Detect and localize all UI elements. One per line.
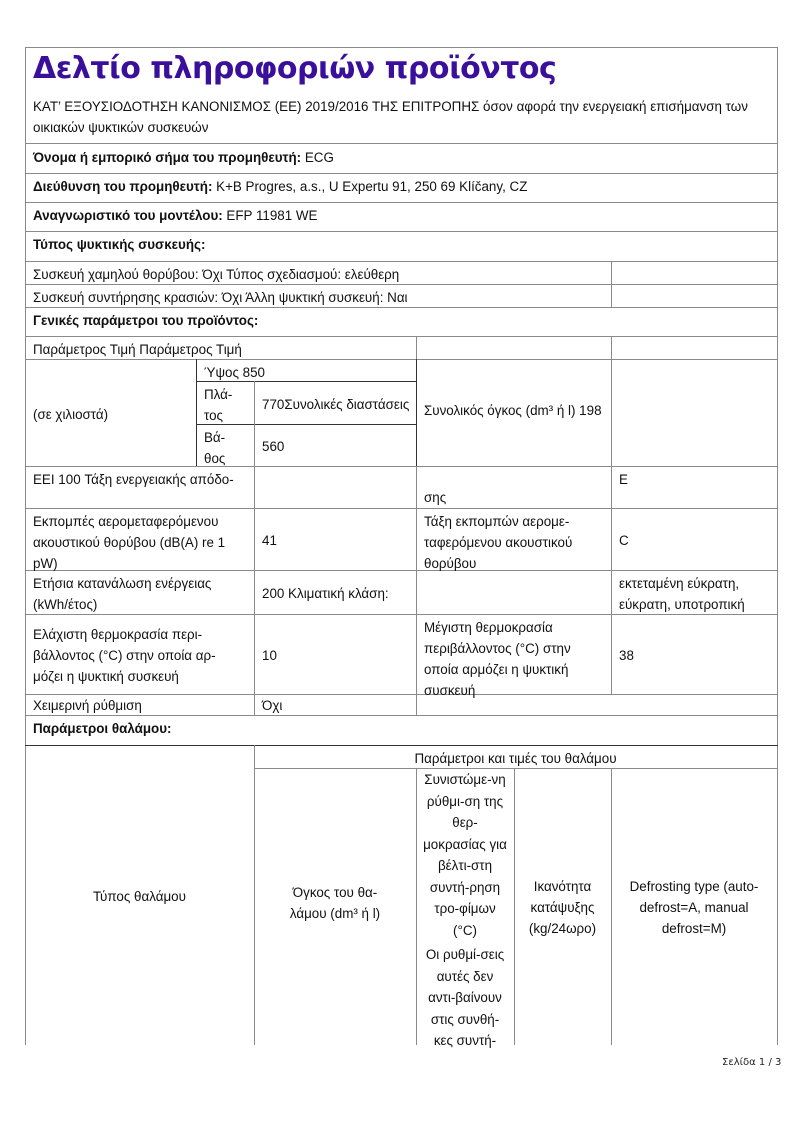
- appliance-type-row-2: Συσκευή συντήρησης κρασιών: Όχι Άλλη ψυκ…: [25, 285, 615, 308]
- dimensions-depth-value: 560: [254, 425, 416, 466]
- winter-setting-value: Όχι: [254, 694, 416, 715]
- document-subtitle: ΚΑΤ’ ΕΞΟΥΣΙΟΔΟΤΗΣΗ ΚΑΝΟΝΙΣΜΟΣ (ΕΕ) 2019/…: [33, 96, 773, 138]
- supplier-name-row: Όνομα ή εμπορικό σήμα του προμηθευτή: EC…: [25, 145, 777, 168]
- winter-setting-label: Χειμερινή ρύθμιση: [25, 694, 254, 715]
- compartment-parameters-heading: Παράμετροι θαλάμου:: [25, 716, 777, 739]
- eei-label-continuation: σης: [416, 485, 611, 508]
- col-freezing-capacity: Ικανότητα κατάψυξης (kg/24ωρο): [514, 769, 611, 1045]
- supplier-name-value: ECG: [301, 150, 334, 165]
- dimensions-depth-label: Βά- θος: [196, 425, 254, 469]
- noise-class-value: C: [611, 509, 777, 570]
- document-page: Δελτίο πληροφοριών προϊόντος ΚΑΤ’ ΕΞΟΥΣΙ…: [0, 0, 802, 1134]
- document-title: Δελτίο πληροφοριών προϊόντος: [33, 50, 556, 88]
- compartment-group-header: Παράμετροι και τιμές του θαλάμου: [254, 746, 777, 769]
- page-number: Σελίδα 1 / 3: [722, 1057, 781, 1068]
- col-compartment-volume: Όγκος του θα-λάμου (dm³ ή l): [254, 769, 416, 1037]
- min-temp-label: Ελάχιστη θερμοκρασία περι-βάλλοντος (°C)…: [25, 615, 254, 694]
- dimensions-unit-label: (σε χιλιοστά): [25, 360, 196, 466]
- supplier-address-row: Διεύθυνση του προμηθευτή: K+B Progres, a…: [25, 174, 777, 197]
- col-recommended-temperature: Συνιστώμε-νη ρύθμι-ση της θερ-μοκρασίας …: [416, 769, 514, 1052]
- model-row: Αναγνωριστικό του μοντέλου: EFP 11981 WE: [25, 203, 777, 226]
- supplier-address-value: K+B Progres, a.s., U Expertu 91, 250 69 …: [212, 179, 527, 194]
- annual-energy-value: 200 Κλιματική κλάση:: [254, 571, 416, 614]
- max-temp-label: Μέγιστη θερμοκρασία περιβάλλοντος (°C) σ…: [416, 615, 611, 701]
- col-recommended-temperature-text: Συνιστώμε-νη ρύθμι-ση της θερ-μοκρασίας …: [420, 769, 510, 941]
- energy-class-value: E: [611, 467, 777, 490]
- climate-class-value: εκτεταμένη εύκρατη, εύκρατη, υποτροπική: [611, 571, 777, 615]
- total-volume: Συνολικός όγκος (dm³ ή l) 198: [416, 398, 636, 420]
- min-temp-value: 10: [254, 615, 416, 694]
- rule: [25, 47, 778, 48]
- model-value: EFP 11981 WE: [223, 208, 318, 223]
- eei-label: EEI 100 Τάξη ενεργειακής απόδο-: [25, 467, 254, 490]
- dimensions-width-label: Πλά- τος: [196, 382, 254, 426]
- annual-energy-label: Ετήσια κατανάλωση ενέργειας (kWh/έτος): [25, 571, 254, 615]
- noise-value: 41: [254, 509, 416, 570]
- dimensions-height: Ύψος 850: [196, 360, 416, 383]
- general-header-row: Παράμετρος Τιμή Παράμετρος Τιμή: [25, 337, 415, 360]
- noise-label: Εκπομπές αερομεταφερόμενου ακουστικού θο…: [25, 509, 254, 574]
- noise-class-label: Τάξη εκπομπών αερομε-ταφερόμενου ακουστι…: [416, 509, 611, 574]
- table-border-right: [777, 47, 778, 1045]
- rule: [611, 336, 612, 359]
- col-compartment-type: Τύπος θαλάμου: [25, 769, 254, 1021]
- model-label: Αναγνωριστικό του μοντέλου:: [33, 208, 223, 223]
- rule: [416, 336, 417, 359]
- supplier-name-label: Όνομα ή εμπορικό σήμα του προμηθευτή:: [33, 150, 301, 165]
- appliance-type-heading: Τύπος ψυκτικής συσκευής:: [25, 232, 777, 255]
- rule: [25, 143, 778, 144]
- general-parameters-heading: Γενικές παράμετροι του προϊόντος:: [25, 308, 777, 331]
- col-recommended-temperature-note: Οι ρυθμί-σεις αυτές δεν αντι-βαίνουν στι…: [420, 944, 510, 1052]
- dimensions-width-value: 770Συνολικές διαστάσεις: [254, 382, 416, 424]
- supplier-address-label: Διεύθυνση του προμηθευτή:: [33, 179, 212, 194]
- appliance-type-row-1: Συσκευή χαμηλού θορύβου: Όχι Τύπος σχεδι…: [25, 262, 615, 285]
- max-temp-value: 38: [611, 615, 777, 694]
- col-defrosting-type: Defrosting type (auto-defrost=A, manual …: [611, 769, 777, 1045]
